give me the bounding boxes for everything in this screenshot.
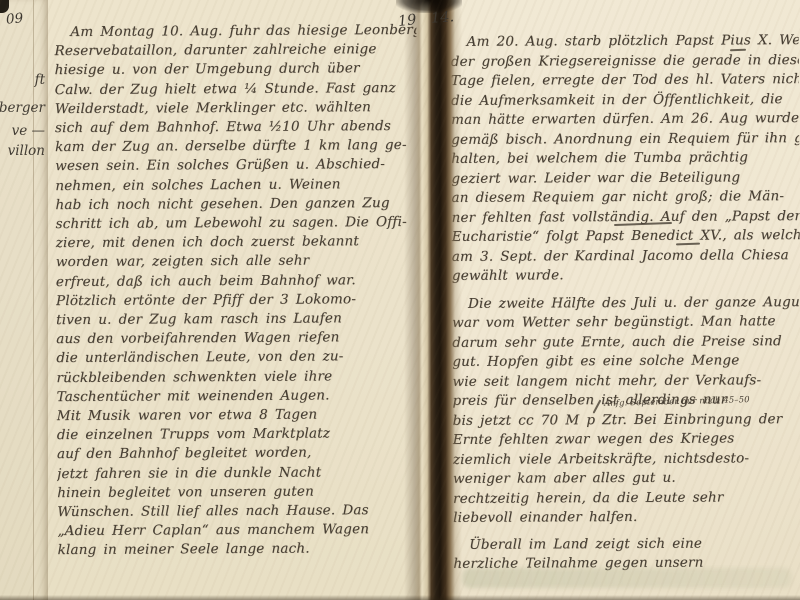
handwriting-line: an diesem Requiem gar nicht groß; die Mä… [451, 187, 799, 208]
handwriting-line: die einzelnen Trupps vom Marktplatz [57, 424, 419, 445]
handwriting-line: worden war, zeigten sich alle sehr [56, 251, 418, 272]
paper-smudge [462, 568, 792, 588]
handwriting-line: Ernte fehlten zwar wegen des Krieges [453, 429, 800, 450]
handwriting-line: halten, bei welchem die Tumba prächtig [451, 148, 799, 169]
handwriting-line: gewählt wurde. [452, 265, 800, 286]
handwriting-line: man hätte erwarten dürfen. Am 26. Aug wu… [451, 109, 799, 130]
page-edge-crease [33, 0, 34, 600]
handwriting-line: Taschentücher mit weinenden Augen. [57, 386, 419, 407]
handwriting-line: war vom Wetter sehr begünstigt. Man hatt… [452, 312, 800, 333]
handwriting-line: sich auf dem Bahnhof. Etwa ½10 Uhr abend… [55, 117, 417, 138]
handwriting-line: aus den vorbeifahrenden Wagen riefen [56, 328, 418, 349]
handwriting-line: Die zweite Hälfte des Juli u. der ganze … [452, 293, 800, 314]
handwriting-line: „Adieu Herr Caplan“ aus manchem Wagen [57, 520, 419, 541]
handwriting-line: Am 20. Aug. starb plötzlich Papst Pius X… [451, 31, 799, 52]
handwriting-line: auf den Bahnhof begleitet worden, [57, 443, 419, 464]
handwriting-line: schritt ich ab, um Lebewohl zu sagen. Di… [56, 213, 418, 234]
handwriting-line: Weilderstadt, viele Merklinger etc. wähl… [55, 98, 417, 119]
margin-note-fragment: onberger [0, 100, 45, 116]
handwriting-line: kam der Zug an. derselbe dürfte 1 km lan… [55, 136, 417, 157]
right-page-text: Am 20. Aug. starb plötzlich Papst Pius X… [450, 0, 800, 600]
paragraph-harvest: Die zweite Hälfte des Juli u. der ganze … [452, 293, 800, 529]
handwriting-line: erfreut, daß ich auch beim Bahnhof war. [56, 271, 418, 292]
handwriting-line: Tage fielen, erregte der Tod des hl. Vat… [451, 70, 799, 91]
paragraph-pope-death: Am 20. Aug. starb plötzlich Papst Pius X… [451, 31, 800, 286]
handwriting-line: rückbleibenden schwenkten viele ihre [56, 367, 418, 388]
handwriting-line: tiven u. der Zug kam rasch ins Laufen [56, 309, 418, 330]
handwriting-line: weniger kam aber alles gut u. [453, 468, 800, 489]
handwriting-line: bis jetzt cc 70 M p Ztr. Bei Einbringung… [453, 410, 800, 431]
handwriting-line: ziere, mit denen ich doch zuerst bekannt [56, 232, 418, 253]
handwriting-line: liebevoll einander halfen. [453, 507, 800, 528]
handwriting-line: wesen sein. Ein solches Grüßen u. Abschi… [55, 155, 417, 176]
handwriting-line: rechtzeitig herein, da die Leute sehr [453, 488, 800, 509]
handwriting-line: jetzt fahren sie in die dunkle Nacht [57, 463, 419, 484]
handwriting-line: der großen Kriegsereignisse die gerade i… [451, 51, 799, 72]
handwriting-line: die Aufmerksamkeit in der Öffentlichkeit… [451, 90, 799, 111]
handwriting-line: geziert war. Leider war die Beteiligung [451, 168, 799, 189]
handwriting-line: Mit Musik waren vor etwa 8 Tagen [57, 405, 419, 426]
left-page-number: 19 [397, 12, 417, 30]
handwriting-line: gemäß bisch. Anordnung ein Requiem für i… [451, 129, 799, 150]
margin-note-fragment: villon [8, 143, 45, 159]
handwriting-line: Calw. der Zug hielt etwa ¼ Stunde. Fast … [55, 79, 417, 100]
handwriting-line: gut. Hopfen gibt es eine solche Menge [452, 351, 800, 372]
left-page-text: Am Montag 10. Aug. fuhr das hiesige Leon… [54, 21, 419, 571]
diary-book-scan: 09 ft onberger ve — villon Am Montag 10.… [0, 0, 800, 600]
handwriting-line: hab ich noch nicht gesehen. Den ganzen Z… [55, 194, 417, 215]
handwriting-line: Eucharistie“ folgt Papst Benedict XV., a… [452, 226, 800, 247]
previous-page-number: 09 [5, 10, 24, 27]
handwriting-line: hiesige u. von der Umgebung durch über [55, 59, 417, 80]
right-page-number: 14. [430, 9, 454, 27]
handwriting-line: darum sehr gute Ernte, auch die Preise s… [452, 332, 800, 353]
handwriting-line: klang in meiner Seele lange nach. [57, 539, 419, 560]
handwriting-line: Plötzlich ertönte der Pfiff der 3 Lokomo… [56, 290, 418, 311]
handwriting-line: am 3. Sept. der Kardinal Jacomo della Ch… [452, 246, 800, 267]
handwriting-line: Am Montag 10. Aug. fuhr das hiesige Leon… [54, 21, 416, 42]
handwriting-line: Überall im Land zeigt sich eine [453, 534, 800, 555]
handwriting-line: Wünschen. Still lief alles nach Hause. D… [57, 501, 419, 522]
margin-note-fragment: ft [35, 72, 45, 88]
handwriting-line: Reservebataillon, darunter zahlreiche ei… [54, 40, 416, 61]
handwriting-line: die unterländischen Leute, von den zu- [56, 347, 418, 368]
handwriting-line: ziemlich viele Arbeitskräfte, nichtsdest… [453, 449, 800, 470]
margin-note-fragment: ve — [12, 123, 45, 139]
previous-page-edge: 09 ft onberger ve — villon [0, 0, 48, 600]
handwriting-line: wie seit langem nicht mehr, der Verkaufs… [452, 371, 800, 392]
handwriting-line: nehmen, ein solches Lachen u. Weinen [55, 175, 417, 196]
handwriting-line: hinein begleitet von unseren guten [57, 482, 419, 503]
